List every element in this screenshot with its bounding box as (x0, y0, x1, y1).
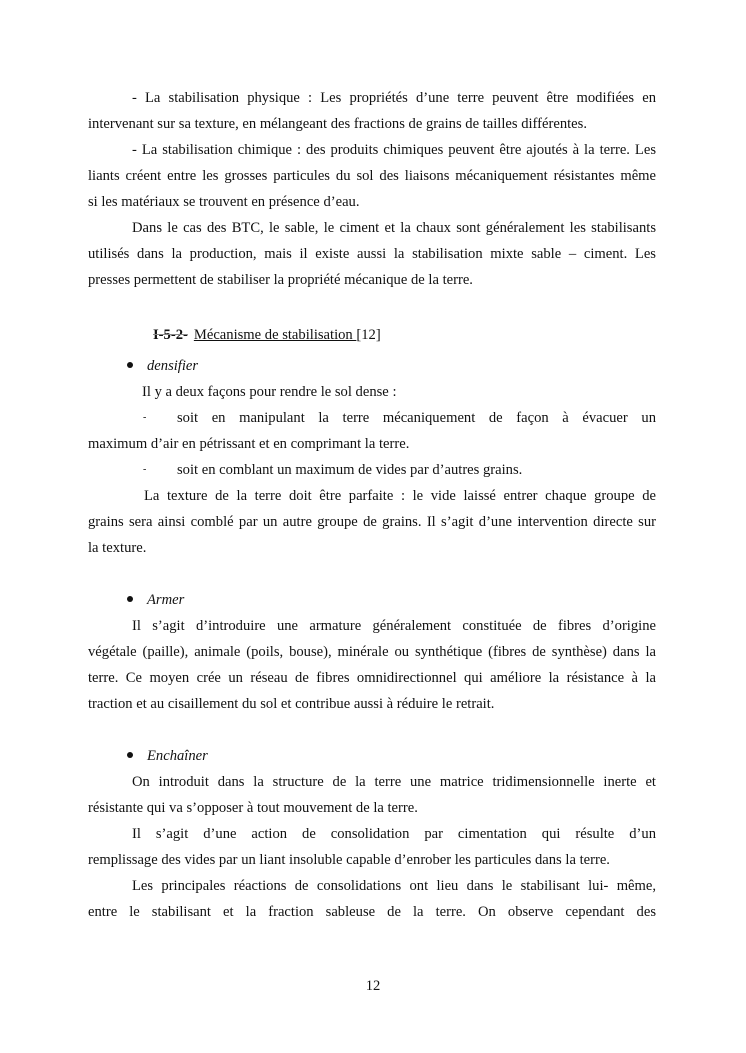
densifier-intro: Il y a deux façons pour rendre le sol de… (142, 383, 397, 401)
paragraph-chemical-line-2: liants créent entre les grosses particul… (88, 167, 656, 185)
bullet-label: densifier (147, 358, 198, 374)
bullet-armer: Armer (127, 591, 184, 609)
paragraph-btc-line-2: utilisés dans la production, mais il exi… (88, 245, 656, 263)
bullet-icon (127, 362, 133, 368)
bullet-densifier: densifier (127, 357, 198, 375)
section-heading: I-5-2-Mécanisme de stabilisation [12] (153, 326, 381, 344)
armer-paragraph-line-1: Il s’agit d’introduire une armature géné… (88, 617, 656, 635)
section-number: I-5-2- (153, 327, 188, 343)
paragraph-physical-line-1: - La stabilisation physique : Les propri… (88, 89, 656, 107)
enchainer-paragraph-2-line-2: remplissage des vides par un liant insol… (88, 851, 656, 869)
enchainer-paragraph-1-line-1: On introduit dans la structure de la ter… (88, 773, 656, 791)
armer-paragraph-line-2: végétale (paille), animale (poils, bouse… (88, 643, 656, 661)
bullet-icon (127, 596, 133, 602)
paragraph-chemical-line-3: si les matériaux se trouvent en présence… (88, 193, 656, 211)
bullet-enchainer: Enchaîner (127, 747, 208, 765)
densifier-item-1-line-2: maximum d’air en pétrissant et en compri… (88, 435, 656, 453)
bullet-label: Armer (147, 592, 184, 608)
bullet-icon (127, 752, 133, 758)
densifier-item-2-line-1: soit en comblant un maximum de vides par… (177, 461, 656, 479)
paragraph-btc-line-3: presses permettent de stabiliser la prop… (88, 271, 656, 289)
paragraph-btc-line-1: Dans le cas des BTC, le sable, le ciment… (88, 219, 656, 237)
densifier-item-1-line-1: soit en manipulant la terre mécaniquemen… (177, 409, 656, 427)
armer-paragraph-line-4: traction et au cisaillement du sol et co… (88, 695, 656, 713)
paragraph-physical-line-2: intervenant sur sa texture, en mélangean… (88, 115, 656, 133)
armer-paragraph-line-3: terre. Ce moyen crée un réseau de fibres… (88, 669, 656, 687)
page-number: 12 (0, 977, 746, 995)
dash-marker: - (143, 409, 146, 427)
densifier-paragraph-line-1: La texture de la terre doit être parfait… (88, 487, 656, 505)
densifier-paragraph-line-2: grains sera ainsi comblé par un autre gr… (88, 513, 656, 531)
enchainer-paragraph-2-line-1: Il s’agit d’une action de consolidation … (88, 825, 656, 843)
densifier-paragraph-line-3: la texture. (88, 539, 656, 557)
bullet-label: Enchaîner (147, 748, 208, 764)
enchainer-paragraph-3-line-1: Les principales réactions de consolidati… (88, 877, 656, 895)
paragraph-chemical-line-1: - La stabilisation chimique : des produi… (88, 141, 656, 159)
section-title: Mécanisme de stabilisation (194, 327, 357, 343)
enchainer-paragraph-1-line-2: résistante qui va s’opposer à tout mouve… (88, 799, 656, 817)
enchainer-paragraph-3-line-2: entre le stabilisant et la fraction sabl… (88, 903, 656, 921)
dash-marker: - (143, 461, 146, 479)
section-reference: [12] (356, 327, 380, 343)
